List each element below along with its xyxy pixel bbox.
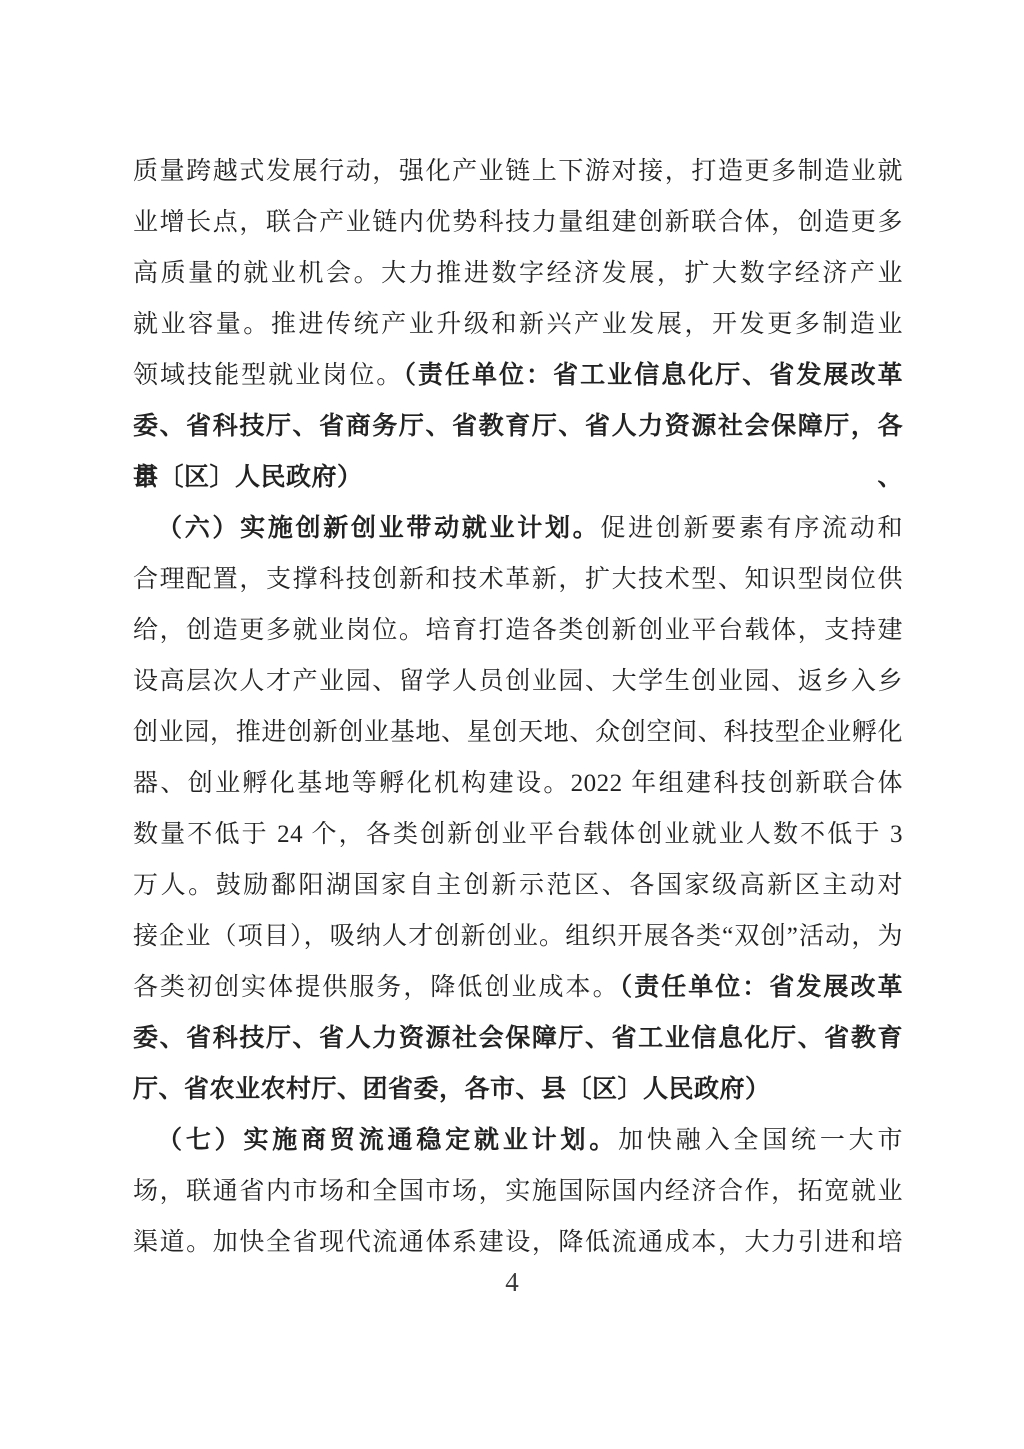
text-line: 质量跨越式发展行动，强化产业链上下游对接，打造更多制造业就 (133, 146, 903, 197)
text-line: 厅、省农业农村厅、团省委，各市、县〔区〕人民政府） (133, 1064, 903, 1115)
text-run: 给，创造更多就业岗位。培育打造各类创新创业平台载体，支持建 (133, 617, 903, 644)
text-line: 合理配置，支撑科技创新和技术革新，扩大技术型、知识型岗位供 (133, 554, 903, 605)
text-line: 各类初创实体提供服务，降低创业成本。（责任单位：省发展改革 (133, 962, 903, 1013)
bold-text-run: （责任单位：省工业信息化厅、省发展改革 (403, 362, 903, 389)
text-run: 创业园，推进创新创业基地、星创天地、众创空间、科技型企业孵化 (133, 719, 903, 746)
text-run: 促进创新要素有序流动和 (600, 515, 903, 542)
text-line: （六）实施创新创业带动就业计划。促进创新要素有序流动和 (133, 503, 903, 554)
text-run: 质量跨越式发展行动，强化产业链上下游对接，打造更多制造业就 (133, 158, 903, 185)
text-line: 领域技能型就业岗位。（责任单位：省工业信息化厅、省发展改革 (133, 350, 903, 401)
bold-text-run: 委、省科技厅、省人力资源社会保障厅、省工业信息化厅、省教育 (133, 1025, 903, 1052)
text-line: 就业容量。推进传统产业升级和新兴产业发展，开发更多制造业 (133, 299, 903, 350)
text-run: 领域技能型就业岗位。 (133, 362, 403, 389)
text-run: 合理配置，支撑科技创新和技术革新，扩大技术型、知识型岗位供 (133, 566, 903, 593)
text-run: 渠道。加快全省现代流通体系建设，降低流通成本，大力引进和培 (133, 1229, 903, 1256)
text-line: 数量不低于 24 个，各类创新创业平台载体创业就业人数不低于 3 (133, 809, 903, 860)
text-line: 器、创业孵化基地等孵化机构建设。2022 年组建科技创新联合体 (133, 758, 903, 809)
text-line: 创业园，推进创新创业基地、星创天地、众创空间、科技型企业孵化 (133, 707, 903, 758)
text-run: 各类初创实体提供服务，降低创业成本。 (133, 974, 620, 1001)
text-run: 设高层次人才产业园、留学人员创业园、大学生创业园、返乡入乡 (133, 668, 903, 695)
text-line: 高质量的就业机会。大力推进数字经济发展，扩大数字经济产业 (133, 248, 903, 299)
text-run: 接企业（项目），吸纳人才创新创业。组织开展各类“双创”活动，为 (133, 923, 903, 950)
document-body: 质量跨越式发展行动，强化产业链上下游对接，打造更多制造业就业增长点，联合产业链内… (133, 146, 903, 1268)
bold-text-run: （七）实施商贸流通稳定就业计划。 (157, 1127, 618, 1154)
text-line: 万人。鼓励鄱阳湖国家自主创新示范区、各国家级高新区主动对 (133, 860, 903, 911)
text-run: 业增长点，联合产业链内优势科技力量组建创新联合体，创造更多 (133, 209, 903, 236)
text-line: 接企业（项目），吸纳人才创新创业。组织开展各类“双创”活动，为 (133, 911, 903, 962)
bold-text-run: 县〔区〕人民政府） (133, 464, 363, 491)
text-line: 设高层次人才产业园、留学人员创业园、大学生创业园、返乡入乡 (133, 656, 903, 707)
text-line: 委、省科技厅、省商务厅、省教育厅、省人力资源社会保障厅，各市、 (133, 401, 903, 452)
text-line: 给，创造更多就业岗位。培育打造各类创新创业平台载体，支持建 (133, 605, 903, 656)
text-run: 数量不低于 24 个，各类创新创业平台载体创业就业人数不低于 3 (133, 821, 903, 848)
text-run: 器、创业孵化基地等孵化机构建设。2022 年组建科技创新联合体 (133, 770, 903, 797)
bold-text-run: （六）实施创新创业带动就业计划。 (157, 515, 600, 542)
text-line: 委、省科技厅、省人力资源社会保障厅、省工业信息化厅、省教育 (133, 1013, 903, 1064)
text-run: 就业容量。推进传统产业升级和新兴产业发展，开发更多制造业 (133, 311, 903, 338)
bold-text-run: 厅、省农业农村厅、团省委，各市、县〔区〕人民政府） (133, 1076, 771, 1103)
text-line: 渠道。加快全省现代流通体系建设，降低流通成本，大力引进和培 (133, 1217, 903, 1268)
text-run: 加快融入全国统一大市 (618, 1127, 903, 1154)
text-run: 高质量的就业机会。大力推进数字经济发展，扩大数字经济产业 (133, 260, 903, 287)
text-line: 业增长点，联合产业链内优势科技力量组建创新联合体，创造更多 (133, 197, 903, 248)
document-page: 质量跨越式发展行动，强化产业链上下游对接，打造更多制造业就业增长点，联合产业链内… (0, 0, 1024, 1449)
text-line: 场，联通省内市场和全国市场，实施国际国内经济合作，拓宽就业 (133, 1166, 903, 1217)
text-run: 场，联通省内市场和全国市场，实施国际国内经济合作，拓宽就业 (133, 1178, 903, 1205)
page-number: 4 (0, 1262, 1024, 1302)
text-line: （七）实施商贸流通稳定就业计划。加快融入全国统一大市 (133, 1115, 903, 1166)
bold-text-run: （责任单位：省发展改革 (620, 974, 903, 1001)
text-run: 万人。鼓励鄱阳湖国家自主创新示范区、各国家级高新区主动对 (133, 872, 903, 899)
